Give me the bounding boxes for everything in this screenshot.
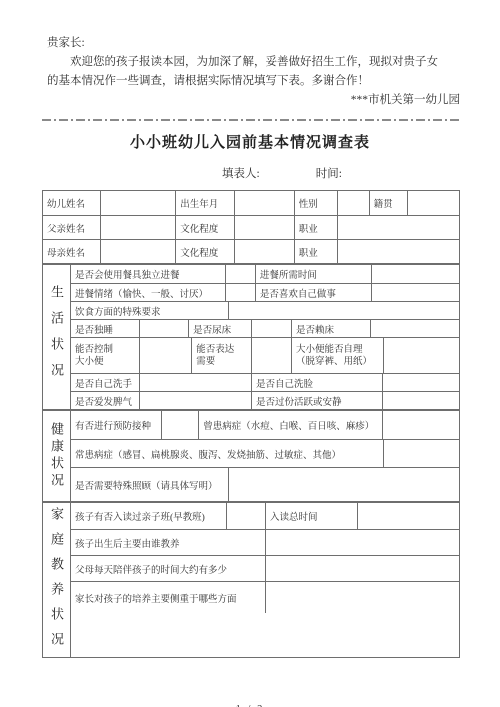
label-frequent-diseases: 常患病症（感冒、扁桃腺炎、腹泻、发烧抽筋、过敏症、其他） — [71, 440, 383, 467]
label-meal-mood: 进餐情绪（愉快、一般、讨厌） — [71, 284, 225, 301]
table-row: 是否爱发脾气 是否过份活跃或安静 — [71, 391, 459, 409]
label-past-diseases: 曾患病症（水痘、白喉、百日咳、麻疹） — [198, 411, 382, 439]
table-row: 父母每天陪伴孩子的时间大约有多少 — [71, 555, 459, 581]
table-row: 父亲姓名 文化程度 职业 — [43, 215, 459, 239]
fill-temper — [139, 392, 252, 409]
label-mother-education: 文化程度 — [175, 240, 234, 263]
health-status-vertical-label: 健康状况 — [43, 411, 71, 501]
fill-lie-in-bed — [370, 320, 459, 337]
fill-toilet-control — [139, 338, 192, 373]
survey-table: 幼儿姓名 出生年月 性别 籍贯 父亲姓名 文化程度 职业 母亲姓名 文化 — [42, 190, 460, 658]
fill-special-care — [228, 468, 459, 501]
fill-main-caregiver — [265, 530, 459, 555]
fill-overly-active-or-quiet — [382, 392, 459, 409]
label-gender: 性别 — [294, 191, 337, 215]
fill-frequent-diseases — [383, 440, 459, 467]
fill-wash-hands-self — [139, 374, 252, 391]
table-row: 家长对孩子的培养主要侧重于哪些方面 — [71, 581, 459, 613]
label-likes-self-doing: 是否喜欢自己做事 — [255, 284, 371, 301]
label-father-job: 职业 — [294, 216, 337, 239]
table-row: 是否自己洗手 是否自己洗脸 — [71, 373, 459, 391]
life-status-section: 生活状况 是否会使用餐具独立进餐 进餐所需时间 进餐情绪（愉快、一般、讨厌） 是… — [43, 263, 459, 409]
fill-total-attend-time — [357, 503, 459, 529]
label-parenting-focus: 家长对孩子的培养主要侧重于哪些方面 — [71, 582, 265, 613]
section-label: 健康状况 — [47, 422, 66, 490]
label-sleep-alone: 是否独睡 — [71, 320, 139, 337]
section-label: 家庭教养状况 — [47, 507, 66, 657]
label-use-utensils: 是否会使用餐具独立进餐 — [71, 265, 225, 283]
health-status-rows: 有否进行预防接种 曾患病症（水痘、白喉、百日咳、麻疹） 常患病症（感冒、扁桃腺炎… — [71, 411, 459, 501]
table-row: 是否需要特殊照顾（请具体写明） — [71, 467, 459, 501]
fill-daily-company-time — [265, 556, 459, 581]
label-special-care: 是否需要特殊照顾（请具体写明） — [71, 468, 228, 501]
table-row: 孩子出生后主要由谁教养 — [71, 529, 459, 555]
label-express-needs: 能否表达 需要 — [191, 338, 251, 373]
greeting-line-2: 的基本情况作一些调查，请根据实际情况填写下表。多谢合作！ — [47, 72, 462, 91]
label-main-caregiver: 孩子出生后主要由谁教养 — [71, 530, 265, 555]
table-row: 母亲姓名 文化程度 职业 — [43, 239, 459, 263]
label-mother-job: 职业 — [294, 240, 337, 263]
cut-line-divider — [42, 119, 462, 121]
label-temper: 是否爱发脾气 — [71, 392, 139, 409]
family-upbringing-vertical-label: 家庭教养状况 — [43, 503, 71, 657]
table-row: 能否控制 大小便 能否表达 需要 大小便能否自理 （脱穿裤、用纸） — [71, 337, 459, 373]
label-father-name: 父亲姓名 — [43, 216, 100, 239]
label-father-education: 文化程度 — [175, 216, 234, 239]
label-toilet-control: 能否控制 大小便 — [71, 338, 139, 373]
label-bed-wetting: 是否尿床 — [188, 320, 251, 337]
greeting-line-1: 欢迎您的孩子报读本园，为加深了解，妥善做好招生工作，现拟对贵子女 — [47, 53, 462, 72]
label-mother-name: 母亲姓名 — [43, 240, 100, 263]
section-label: 生活状况 — [47, 285, 66, 389]
fill-meal-mood — [225, 284, 255, 301]
label-wash-face-self: 是否自己洗脸 — [251, 374, 382, 391]
table-row: 是否会使用餐具独立进餐 进餐所需时间 — [71, 265, 459, 283]
fill-birth-date — [234, 191, 294, 215]
fill-wash-face-self — [382, 374, 459, 391]
fill-past-diseases — [382, 411, 459, 439]
fill-attended-preclass — [226, 503, 265, 529]
fill-child-name — [100, 191, 176, 215]
fill-father-name — [100, 216, 176, 239]
fill-sleep-alone — [139, 320, 189, 337]
label-native-place: 籍贯 — [369, 191, 407, 215]
greeting-letter: 贵家长: 欢迎您的孩子报读本园，为加深了解，妥善做好招生工作，现拟对贵子女 的基… — [47, 34, 462, 110]
label-diet-special-needs: 饮食方面的特殊要求 — [71, 302, 228, 319]
fill-gender — [337, 191, 369, 215]
table-row: 有否进行预防接种 曾患病症（水痘、白喉、百日咳、麻疹） — [71, 411, 459, 439]
form-meta-line: 填表人: 时间: — [42, 165, 460, 181]
table-row: 孩子有否入读过亲子班(早教班) 入读总时间 — [71, 503, 459, 529]
fill-meal-duration — [371, 265, 459, 283]
fill-mother-education — [234, 240, 294, 263]
label-meal-duration: 进餐所需时间 — [255, 265, 371, 283]
fill-father-education — [234, 216, 294, 239]
table-row: 幼儿姓名 出生年月 性别 籍贯 — [43, 191, 459, 215]
fill-parenting-focus — [265, 582, 459, 613]
survey-form-page: 贵家长: 欢迎您的孩子报读本园，为加深了解，妥善做好招生工作，现拟对贵子女 的基… — [0, 0, 500, 707]
label-vaccination: 有否进行预防接种 — [71, 411, 161, 439]
fill-likes-self-doing — [371, 284, 459, 301]
fill-bed-wetting — [251, 320, 291, 337]
basic-info-section: 幼儿姓名 出生年月 性别 籍贯 父亲姓名 文化程度 职业 母亲姓名 文化 — [43, 191, 459, 263]
fill-native-place — [407, 191, 459, 215]
table-row: 是否独睡 是否尿床 是否赖床 — [71, 319, 459, 337]
table-row: 常患病症（感冒、扁桃腺炎、腹泻、发烧抽筋、过敏症、其他） — [71, 439, 459, 467]
label-child-name: 幼儿姓名 — [43, 191, 100, 215]
form-title: 小小班幼儿入园前基本情况调查表 — [0, 131, 500, 152]
greeting-salutation: 贵家长: — [47, 34, 462, 53]
label-birth-date: 出生年月 — [175, 191, 234, 215]
family-upbringing-section: 家庭教养状况 孩子有否入读过亲子班(早教班) 入读总时间 孩子出生后主要由谁教养… — [43, 501, 459, 657]
label-total-attend-time: 入读总时间 — [265, 503, 357, 529]
table-row: 进餐情绪（愉快、一般、讨厌） 是否喜欢自己做事 — [71, 283, 459, 301]
life-status-rows: 是否会使用餐具独立进餐 进餐所需时间 进餐情绪（愉快、一般、讨厌） 是否喜欢自己… — [71, 265, 459, 409]
form-filler-label: 填表人: — [222, 165, 260, 181]
fill-mother-name — [100, 240, 176, 263]
label-lie-in-bed: 是否赖床 — [291, 320, 371, 337]
label-attended-preclass: 孩子有否入读过亲子班(早教班) — [71, 503, 226, 529]
fill-use-utensils — [225, 265, 255, 283]
label-toilet-self-care: 大小便能否自理 （脱穿裤、用纸） — [291, 338, 383, 373]
life-status-vertical-label: 生活状况 — [43, 265, 71, 409]
fill-toilet-self-care — [383, 338, 459, 373]
label-daily-company-time: 父母每天陪伴孩子的时间大约有多少 — [71, 556, 265, 581]
fill-vaccination — [161, 411, 198, 439]
fill-father-job — [337, 216, 459, 239]
fill-diet-special-needs — [228, 302, 459, 319]
label-wash-hands-self: 是否自己洗手 — [71, 374, 139, 391]
label-overly-active-or-quiet: 是否过份活跃或安静 — [251, 392, 382, 409]
time-label: 时间: — [316, 165, 342, 181]
family-upbringing-rows: 孩子有否入读过亲子班(早教班) 入读总时间 孩子出生后主要由谁教养 父母每天陪伴… — [71, 503, 459, 657]
fill-express-needs — [251, 338, 291, 373]
health-status-section: 健康状况 有否进行预防接种 曾患病症（水痘、白喉、百日咳、麻疹） 常患病症（感冒… — [43, 409, 459, 501]
table-row: 饮食方面的特殊要求 — [71, 301, 459, 319]
fill-mother-job — [337, 240, 459, 263]
kindergarten-signature: ***市机关第一幼儿园 — [47, 91, 462, 110]
